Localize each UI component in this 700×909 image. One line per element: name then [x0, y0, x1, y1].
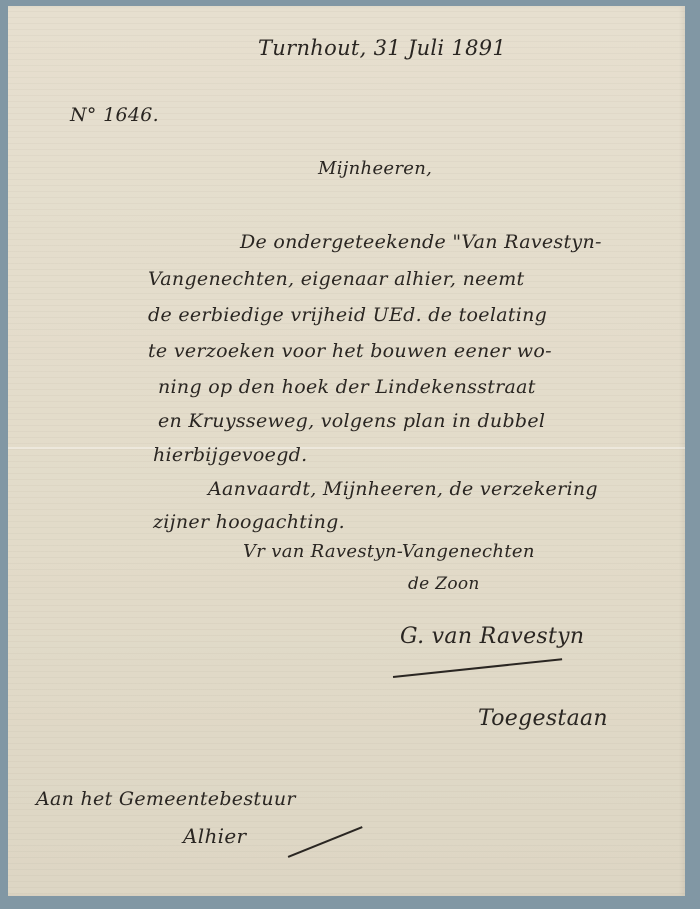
letter-page: Turnhout, 31 Juli 1891 N° 1646. Mijnheer… — [8, 6, 685, 896]
body-line: hierbijgevoegd. — [153, 444, 307, 466]
signature-underline — [393, 658, 562, 677]
body-line: en Kruysseweg, volgens plan in dubbel — [158, 410, 545, 432]
firm-subtitle: de Zoon — [408, 574, 480, 594]
body-line: de eerbiedige vrijheid UEd. de toelating — [148, 304, 547, 326]
address-line: Aan het Gemeentebestuur — [36, 788, 296, 810]
approval-note: Toegestaan — [478, 706, 608, 731]
firm-name: Vr van Ravestyn-Vangenechten — [243, 541, 535, 562]
closing-line: zijner hoogachting. — [153, 511, 345, 533]
fold-line — [8, 447, 685, 449]
closing-line: Aanvaardt, Mijnheeren, de verzekering — [208, 478, 598, 500]
body-line: De ondergeteekende "Van Ravestyn- — [240, 231, 602, 253]
place-date: Turnhout, 31 Juli 1891 — [258, 36, 506, 60]
body-line: te verzoeken voor het bouwen eener wo- — [148, 340, 552, 362]
salutation: Mijnheeren, — [318, 158, 432, 179]
signature: G. van Ravestyn — [400, 624, 584, 649]
flourish-stroke — [288, 826, 363, 857]
body-line: Vangenechten, eigenaar alhier, neemt — [148, 268, 524, 290]
letter-number: N° 1646. — [70, 104, 159, 126]
address-line: Alhier — [183, 824, 246, 848]
body-line: ning op den hoek der Lindekensstraat — [158, 376, 536, 398]
